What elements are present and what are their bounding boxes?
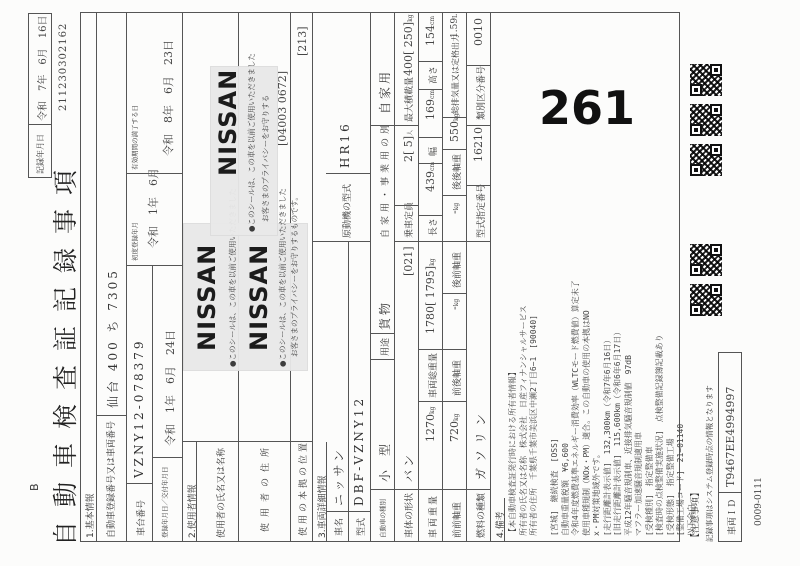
private-business-value: 自家用 (376, 69, 393, 114)
model-value: DBF-VZNY12 (352, 396, 366, 506)
vehicle-type-label: 自動車の種別 (378, 499, 387, 538)
serial-number: 21123030216​2 (58, 23, 69, 111)
record-date-box: 記録年月日 令和 7年 6月 16日 (28, 13, 52, 178)
form-code: 0009-0111 (754, 477, 764, 526)
rf-axle-value: - (448, 210, 461, 214)
record-date-value: 令和 7年 6月 16日 (34, 16, 49, 121)
type-designation-value: 16210 (472, 127, 485, 162)
body-shape-value: バン (400, 452, 417, 482)
notes-heading: 【注意事項】 (688, 488, 701, 542)
registration-value: 仙台 400 ち 7305 (104, 268, 121, 408)
body-code: [021] (402, 246, 415, 276)
type-designation-label: 型式指定番号 (474, 184, 487, 238)
fuel-value: ガソリン (472, 408, 489, 480)
registration-label: 自動車登録番号又は車両番号 (104, 421, 117, 538)
height-value: 154 (424, 25, 437, 46)
chassis-value: VZNY12-078379 (132, 338, 146, 478)
rr-axle-value: 550 (448, 121, 461, 142)
qr-code (690, 144, 722, 176)
category-label: 類別区分番号 (474, 66, 487, 120)
handwritten-note: 261 (539, 81, 635, 135)
weight-value: 1270 (424, 414, 437, 442)
model-label: 型式 (354, 518, 367, 536)
qr-code (690, 244, 722, 276)
engine-label: 原動機の型式 (340, 184, 353, 238)
usage-value: 貨物 (376, 300, 393, 330)
section1-heading: 1.基本情報 (83, 493, 96, 538)
remarks-text: 【本自動車検査証発行時における所有者情報】 所有者の氏名又は名称 株式会社 日産… (508, 280, 697, 536)
capacity-label: 乗車定員 (402, 202, 415, 238)
user-address-label: 使用者の住所 (258, 442, 271, 532)
user-name-label: 使用者の氏名又は名称 (214, 448, 227, 538)
max-load-value: 400[ 250] (402, 22, 415, 76)
length-label: 長さ (426, 218, 439, 236)
qr-code (690, 104, 722, 136)
body-shape-label: 車体の形状 (402, 493, 415, 538)
rf-axle-label: 後前軸重 (450, 252, 463, 288)
gross-weight-value: 1780[ 1795] (424, 266, 437, 334)
vehicle-id-label: 車両ＩＤ (725, 499, 738, 535)
maker-value: ニッサン (330, 447, 347, 506)
document-title: 自動車検査証記録事項 (46, 156, 82, 546)
nissan-logo: NISSAN (193, 244, 221, 351)
qr-code (690, 284, 722, 316)
privacy-sticker-1: NISSAN ●このシールは、この車を以前ご使用いただきました NISSAN ●… (183, 223, 308, 371)
category-value: 0010 (472, 18, 485, 46)
vehicle-inspection-record: B 自動車検査証記録事項 記録年月日 令和 7年 6月 16日 21123030… (0, 0, 800, 566)
width-value: 169 (424, 99, 437, 120)
series-letter: B (28, 483, 41, 491)
vehicle-id-value: T9467EE4994997 (724, 387, 737, 487)
first-registration-value: 令和 1年 6月 (145, 168, 161, 248)
base-location-label: 使用の本拠の位置 (296, 440, 309, 536)
fuel-label: 燃料の種類 (474, 493, 487, 538)
maker-label: 車名 (332, 518, 345, 536)
rr-axle-label: 後後軸重 (450, 154, 463, 190)
chassis-label: 車台番号 (134, 500, 147, 536)
registration-date-value: 令和 1年 6月 24日 (162, 330, 178, 446)
expiry-label: 有効期間の満了する日 (130, 105, 139, 170)
fr-axle-label: 前後軸重 (450, 360, 463, 396)
max-load-label: 最大積載量 (402, 77, 415, 122)
gross-weight-label: 車両総重量 (426, 353, 439, 398)
record-date-label: 記録年月日 (35, 134, 46, 174)
first-registration-label: 初度登録年月 (130, 222, 139, 261)
base-code: [213] (296, 26, 309, 56)
private-business-label: 自家用・事業用の別 (378, 121, 391, 238)
ff-axle-value: 720 (448, 421, 461, 442)
registration-date-label: 登録年月日／交付年月日 (160, 467, 169, 539)
qr-code (690, 64, 722, 96)
weight-label: 車両重量 (426, 494, 439, 538)
capacity-value: 2[ 5] (402, 136, 415, 162)
privacy-sticker-2: NISSAN ●このシールは、この車を以前ご使用いただきました お客さまのプライ… (210, 66, 278, 236)
width-label: 幅 (426, 147, 439, 156)
notes-text: 記録事項はシステム登録時点の情報となります (704, 385, 715, 542)
vehicle-type-value: 小型 (376, 430, 393, 482)
nissan-logo: NISSAN (214, 69, 242, 176)
height-label: 高さ (426, 66, 439, 84)
scanned-document-viewport: B 自動車検査証記録事項 記録年月日 令和 7年 6月 16日 21123030… (0, 0, 800, 566)
fr-axle-value: - (448, 306, 461, 310)
ff-axle-label: 前前軸重 (450, 502, 463, 538)
displacement-value: 1.59 (450, 18, 460, 38)
length-value: 439 (424, 171, 437, 192)
nissan-logo: NISSAN (245, 244, 273, 351)
expiry-value: 令和 8年 6月 23日 (160, 40, 176, 156)
usage-label: 用途 (378, 338, 391, 356)
displacement-label: 総排気量又は定格出力 (450, 34, 461, 114)
engine-value: HR16 (338, 121, 352, 168)
vehicle-id-box: 車両ＩＤ T9467EE4994997 (718, 352, 742, 542)
